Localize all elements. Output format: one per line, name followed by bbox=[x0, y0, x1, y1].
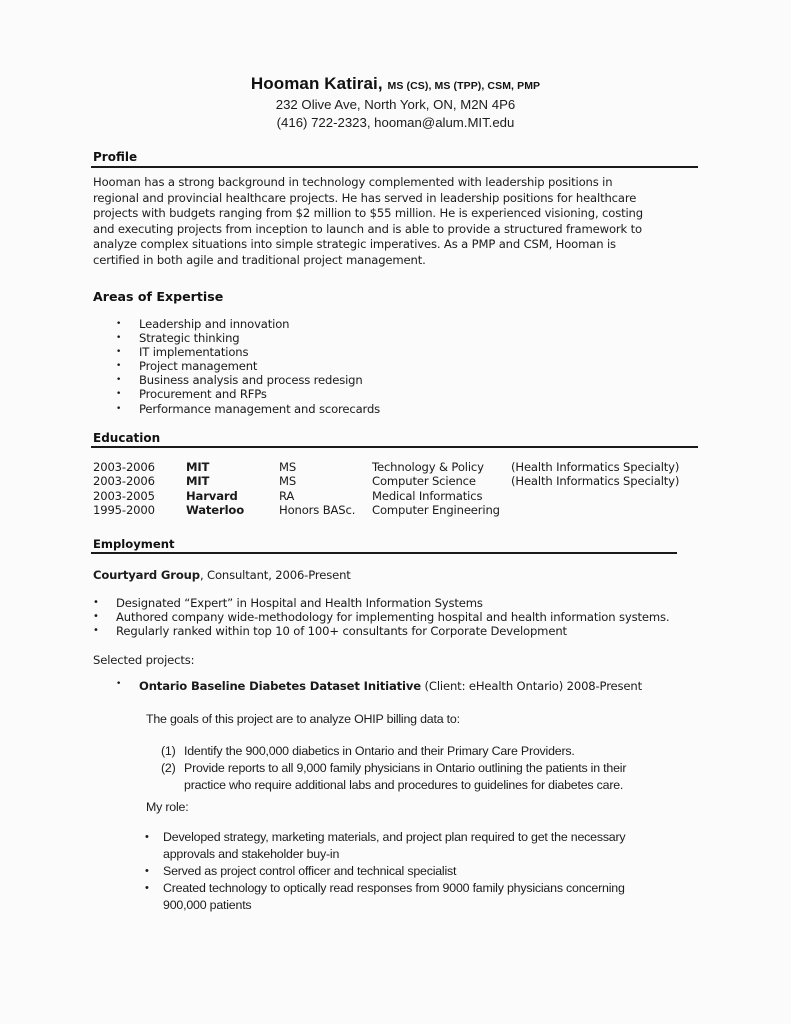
goal-number: (2) bbox=[161, 760, 176, 777]
profile-line: and executing projects from inception to… bbox=[93, 222, 693, 238]
edu-years: 2003-2006 bbox=[93, 460, 155, 474]
section-divider bbox=[91, 166, 698, 168]
edu-note: (Health Informatics Specialty) bbox=[511, 474, 679, 488]
role-text: Served as project control officer and te… bbox=[163, 863, 625, 880]
role-text: 900,000 patients bbox=[163, 897, 625, 914]
expertise-text: Business analysis and process redesign bbox=[139, 373, 363, 387]
expertise-text: Procurement and RFPs bbox=[139, 387, 267, 401]
bullet-icon: • bbox=[116, 679, 121, 689]
edu-degree: MS bbox=[279, 460, 296, 474]
edu-years: 2003-2005 bbox=[93, 489, 155, 503]
bullet-icon: • bbox=[116, 402, 121, 416]
bullet-icon: • bbox=[93, 596, 99, 610]
edu-degree: MS bbox=[279, 474, 296, 488]
edu-note: (Health Informatics Specialty) bbox=[511, 460, 679, 474]
edu-field: Technology & Policy bbox=[372, 460, 484, 474]
highlight-text: Designated “Expert” in Hospital and Heal… bbox=[116, 596, 483, 610]
selected-projects-label: Selected projects: bbox=[93, 653, 194, 667]
bullet-icon: • bbox=[145, 863, 149, 880]
list-item: •Developed strategy, marketing materials… bbox=[145, 829, 625, 863]
name-text: Hooman Katirai, bbox=[251, 74, 383, 93]
list-item: •IT implementations bbox=[116, 345, 380, 359]
edu-degree: Honors BASc. bbox=[279, 503, 355, 517]
list-item: (1)Identify the 900,000 diabetics in Ont… bbox=[161, 743, 626, 760]
expertise-text: Strategic thinking bbox=[139, 331, 240, 345]
bullet-icon: • bbox=[145, 829, 149, 846]
edu-years: 1995-2000 bbox=[93, 503, 155, 517]
profile-line: regional and provincial healthcare proje… bbox=[93, 191, 693, 207]
resume-page: Hooman Katirai, MS (CS), MS (TPP), CSM, … bbox=[0, 0, 791, 1024]
list-item: •Performance management and scorecards bbox=[116, 402, 380, 416]
edu-field: Computer Engineering bbox=[372, 503, 500, 517]
list-item: •Designated “Expert” in Hospital and Hea… bbox=[93, 596, 669, 610]
goal-number: (1) bbox=[161, 743, 176, 760]
list-item: •Created technology to optically read re… bbox=[145, 880, 625, 914]
list-item: •Regularly ranked within top 10 of 100+ … bbox=[93, 624, 669, 638]
goal-text: practice who require additional labs and… bbox=[184, 777, 626, 794]
section-title-profile: Profile bbox=[93, 150, 137, 164]
expertise-text: IT implementations bbox=[139, 345, 248, 359]
edu-school: MIT bbox=[186, 460, 209, 474]
project-client: (Client: eHealth Ontario) 2008-Present bbox=[421, 679, 642, 693]
highlight-text: Authored company wide-methodology for im… bbox=[116, 610, 669, 624]
bullet-icon: • bbox=[116, 387, 121, 401]
highlight-text: Regularly ranked within top 10 of 100+ c… bbox=[116, 624, 567, 638]
profile-summary: Hooman has a strong background in techno… bbox=[93, 175, 693, 269]
project-goals-intro: The goals of this project are to analyze… bbox=[146, 712, 460, 726]
section-divider bbox=[91, 552, 677, 554]
role-text: Developed strategy, marketing materials,… bbox=[163, 829, 625, 846]
edu-field: Computer Science bbox=[372, 474, 476, 488]
bullet-icon: • bbox=[116, 373, 121, 387]
expertise-text: Performance management and scorecards bbox=[139, 402, 380, 416]
edu-school: Harvard bbox=[186, 489, 238, 503]
edu-school: Waterloo bbox=[186, 503, 244, 517]
bullet-icon: • bbox=[93, 610, 99, 624]
role-text: approvals and stakeholder buy-in bbox=[163, 846, 625, 863]
role-text: Created technology to optically read res… bbox=[163, 880, 625, 897]
list-item: •Project management bbox=[116, 359, 380, 373]
section-title-expertise: Areas of Expertise bbox=[93, 289, 223, 304]
edu-degree: RA bbox=[279, 489, 294, 503]
bullet-icon: • bbox=[116, 317, 121, 331]
goal-text: Identify the 900,000 diabetics in Ontari… bbox=[184, 744, 575, 758]
bullet-icon: • bbox=[116, 331, 121, 345]
edu-school: MIT bbox=[186, 474, 209, 488]
profile-line: Hooman has a strong background in techno… bbox=[93, 175, 693, 191]
bullet-icon: • bbox=[116, 345, 121, 359]
bullet-icon: • bbox=[145, 880, 149, 897]
goal-text: Provide reports to all 9,000 family phys… bbox=[184, 760, 626, 777]
edu-field: Medical Informatics bbox=[372, 489, 482, 503]
list-item: •Business analysis and process redesign bbox=[116, 373, 380, 387]
bullet-icon: • bbox=[116, 359, 121, 373]
section-divider bbox=[91, 446, 698, 448]
section-title-employment: Employment bbox=[93, 537, 175, 551]
expertise-text: Project management bbox=[139, 359, 257, 373]
expertise-list: •Leadership and innovation •Strategic th… bbox=[116, 317, 380, 416]
bullet-icon: • bbox=[93, 624, 99, 638]
profile-line: analyze complex situations into simple s… bbox=[93, 237, 693, 253]
candidate-name: Hooman Katirai, MS (CS), MS (TPP), CSM, … bbox=[0, 74, 791, 94]
role-list: •Developed strategy, marketing materials… bbox=[145, 829, 625, 914]
employment-highlights: •Designated “Expert” in Hospital and Hea… bbox=[93, 596, 669, 639]
expertise-text: Leadership and innovation bbox=[139, 317, 289, 331]
credentials: MS (CS), MS (TPP), CSM, PMP bbox=[388, 80, 541, 92]
address: 232 Olive Ave, North York, ON, M2N 4P6 bbox=[0, 97, 791, 112]
contact-info: (416) 722-2323, hooman@alum.MIT.edu bbox=[0, 115, 791, 130]
employer-line: Courtyard Group, Consultant, 2006-Presen… bbox=[93, 568, 351, 582]
list-item: •Authored company wide-methodology for i… bbox=[93, 610, 669, 624]
edu-years: 2003-2006 bbox=[93, 474, 155, 488]
employer-role: , Consultant, 2006-Present bbox=[200, 568, 351, 582]
project-name: Ontario Baseline Diabetes Dataset Initia… bbox=[139, 679, 421, 693]
profile-line: certified in both agile and traditional … bbox=[93, 253, 693, 269]
section-title-education: Education bbox=[93, 431, 160, 445]
list-item: •Strategic thinking bbox=[116, 331, 380, 345]
project-goals-list: (1)Identify the 900,000 diabetics in Ont… bbox=[161, 743, 626, 795]
list-item: •Leadership and innovation bbox=[116, 317, 380, 331]
list-item: •Served as project control officer and t… bbox=[145, 863, 625, 880]
list-item: •Procurement and RFPs bbox=[116, 387, 380, 401]
employer-name: Courtyard Group bbox=[93, 568, 200, 582]
profile-line: projects with budgets ranging from $2 mi… bbox=[93, 206, 693, 222]
my-role-label: My role: bbox=[146, 800, 188, 814]
list-item: (2)Provide reports to all 9,000 family p… bbox=[161, 760, 626, 794]
